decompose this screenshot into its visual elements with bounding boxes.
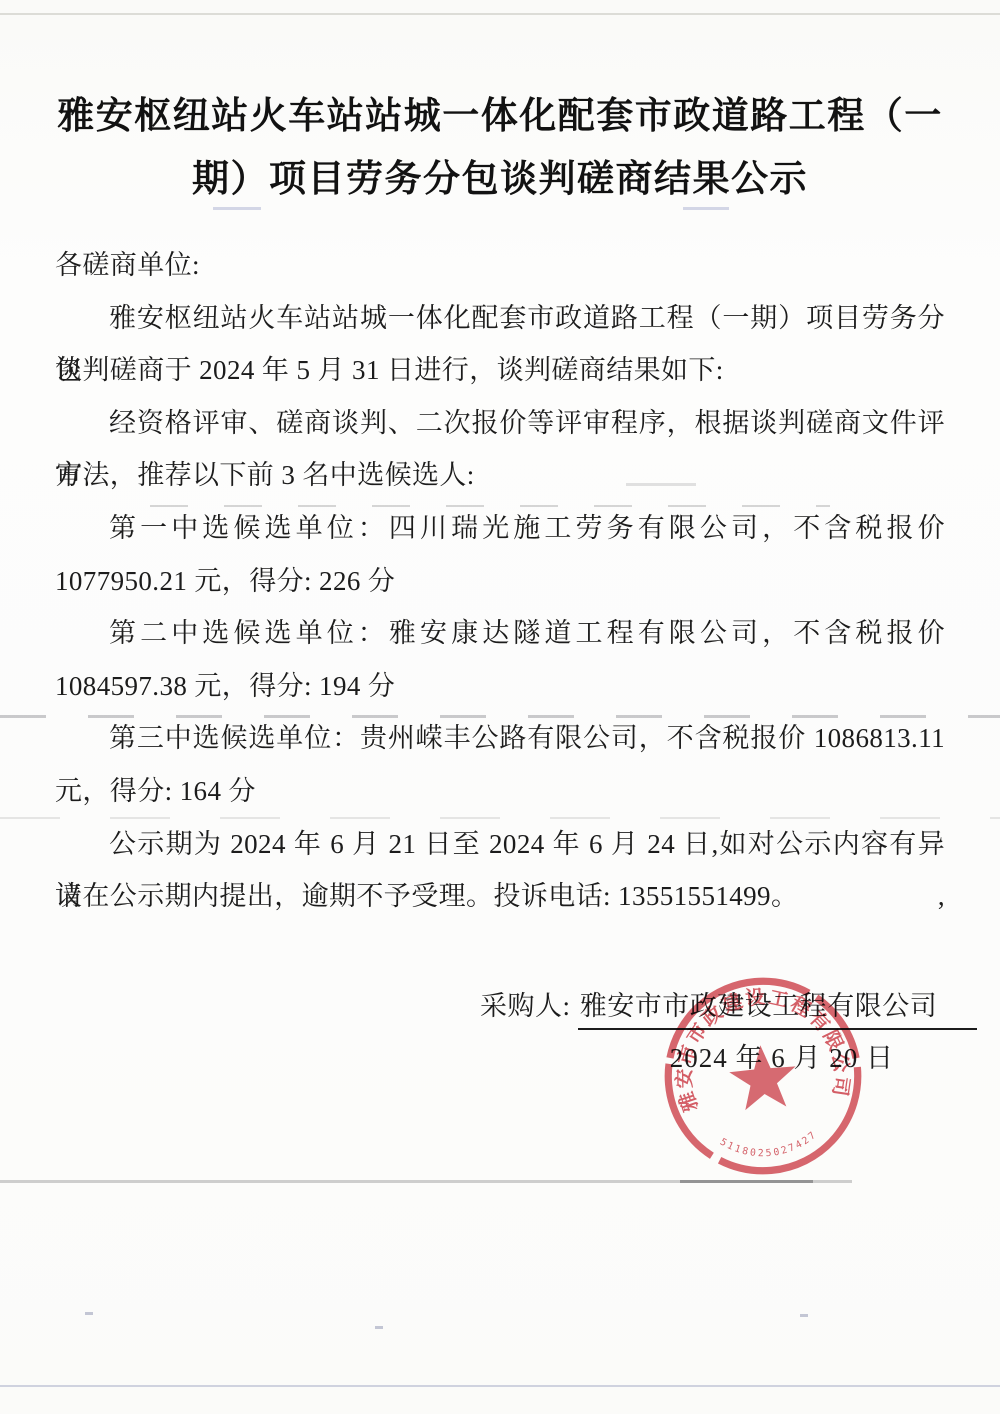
doc-line-p2-l1: 经资格评审、磋商谈判、二次报价等评审程序，根据谈判磋商文件评审 xyxy=(55,397,945,450)
official-seal: 雅安市市政建设工程有限公司 5118025027427 xyxy=(651,964,874,1187)
doc-line-p6-l1: 公示期为 2024 年 6 月 21 日至 2024 年 6 月 24 日,如对… xyxy=(55,818,945,871)
scan-artifact xyxy=(0,1385,1000,1387)
document-body: 各磋商单位: 雅安枢纽站火车站站城一体化配套市政道路工程（一期）项目劳务分包 谈… xyxy=(55,239,945,923)
title-line-1: 雅安枢纽站火车站站城一体化配套市政道路工程（一 xyxy=(0,84,1000,147)
doc-line-p1-l2: 谈判磋商于 2024 年 5 月 31 日进行，谈判磋商结果如下: xyxy=(55,344,945,397)
document-title: 雅安枢纽站火车站站城一体化配套市政道路工程（一 期）项目劳务分包谈判磋商结果公示 xyxy=(0,84,1000,210)
scan-artifact xyxy=(800,1314,808,1317)
doc-line-p2-l2: 方法，推荐以下前 3 名中选候选人: xyxy=(55,449,945,502)
doc-line-p1-l1: 雅安枢纽站火车站站城一体化配套市政道路工程（一期）项目劳务分包 xyxy=(55,292,945,345)
doc-line-p5-l2: 元，得分: 164 分 xyxy=(55,765,945,818)
title-line-2: 期）项目劳务分包谈判磋商结果公示 xyxy=(0,147,1000,210)
seal-star-icon xyxy=(727,1042,799,1111)
scan-artifact xyxy=(85,1312,93,1315)
scanned-document-page: 雅安枢纽站火车站站城一体化配套市政道路工程（一 期）项目劳务分包谈判磋商结果公示… xyxy=(0,0,1000,1414)
salutation-line: 各磋商单位: xyxy=(55,239,945,292)
doc-line-p4-l2: 1084597.38 元，得分: 194 分 xyxy=(55,660,945,713)
scan-artifact xyxy=(0,13,1000,15)
official-seal-graphic: 雅安市市政建设工程有限公司 5118025027427 xyxy=(651,964,874,1187)
doc-line-p3-l2: 1077950.21 元，得分: 226 分 xyxy=(55,555,945,608)
doc-line-p4-l1: 第二中选候选单位：雅安康达隧道工程有限公司，不含税报价 xyxy=(55,607,945,660)
scan-artifact xyxy=(375,1326,383,1329)
doc-line-p5-l1: 第三中选候选单位：贵州嵘丰公路有限公司，不含税报价 1086813.11 xyxy=(55,712,945,765)
doc-line-p3-l1: 第一中选候选单位：四川瑞光施工劳务有限公司，不含税报价 xyxy=(55,502,945,555)
purchaser-label: 采购人: xyxy=(480,991,578,1021)
